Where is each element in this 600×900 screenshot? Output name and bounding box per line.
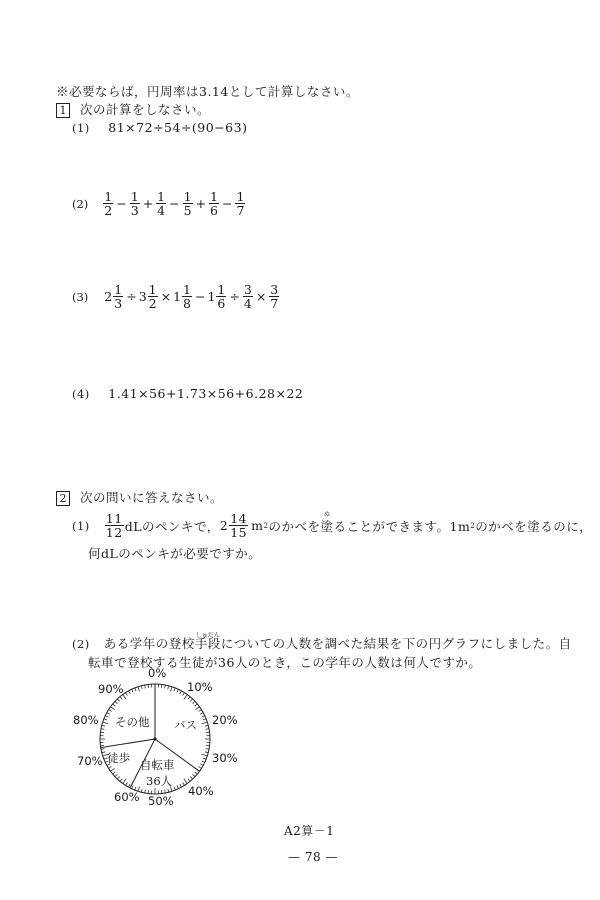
- fraction: 34: [243, 283, 253, 310]
- slice-label-bicycle-count: 36人: [146, 773, 172, 789]
- slice-label-other: その他: [115, 714, 150, 730]
- exam-code: A2算－1: [284, 822, 334, 839]
- section-heading-text: 次の計算をしなさい。: [80, 102, 210, 117]
- problem-label: (1): [72, 519, 90, 533]
- problem-label: (4): [72, 387, 90, 401]
- fraction: 13: [130, 190, 140, 217]
- page-number: — 78 —: [288, 850, 338, 864]
- fraction: 18: [182, 283, 192, 310]
- tick-label-80: 80%: [73, 713, 99, 727]
- tick-label-70: 70%: [77, 754, 103, 768]
- fraction: 12: [148, 283, 158, 310]
- problem-label: (3): [72, 290, 88, 304]
- section-2-heading: 2次の問いに答えなさい。: [56, 490, 223, 506]
- fraction: 17: [235, 190, 245, 217]
- section-heading-text: 次の問いに答えなさい。: [80, 490, 223, 505]
- pie-chart: 0% 10% 20% 30% 40% 50% 60% 70% 80% 90% バ…: [60, 666, 250, 816]
- fraction: 37: [269, 283, 279, 310]
- problem-label: (1): [72, 121, 90, 135]
- slice-label-walk: 徒歩: [107, 750, 130, 766]
- tick-label-10: 10%: [187, 680, 213, 694]
- fraction: 16: [209, 190, 219, 217]
- tick-label-20: 20%: [212, 713, 238, 727]
- fraction: 16: [216, 283, 226, 310]
- problem-expression: 81×72÷54÷(90−63): [108, 120, 247, 135]
- fraction: 13: [113, 283, 123, 310]
- section-number-box: 2: [56, 491, 70, 506]
- ruby-shudan: しゅだん手段: [195, 636, 221, 652]
- fraction: 1112: [105, 512, 124, 539]
- section-number-box: 1: [56, 103, 70, 118]
- problem-1-2: (2) 12 − 13 + 14 − 15 + 16 − 17: [72, 190, 246, 217]
- fraction: 14: [156, 190, 166, 217]
- problem-2-1-line2: 何dLのペンキが必要ですか。: [88, 546, 261, 562]
- section-1-heading: 1次の計算をしなさい。: [56, 102, 210, 118]
- tick-label-50: 50%: [148, 794, 174, 808]
- problem-label: (2): [72, 197, 88, 211]
- tick-label-60: 60%: [114, 790, 140, 804]
- problem-expression: 1.41×56+1.73×56+6.28×22: [108, 386, 303, 401]
- tick-label-30: 30%: [212, 751, 238, 765]
- problem-1-4: (4) 1.41×56+1.73×56+6.28×22: [72, 386, 303, 402]
- instruction-note: ※必要ならば，円周率は3.14として計算しなさい。: [56, 84, 359, 100]
- fraction: 1415: [229, 512, 248, 539]
- problem-1-3: (3) 2 13 ÷ 3 12 × 1 18 − 1 16 ÷ 34 × 37: [72, 283, 280, 310]
- problem-2-1: (1) 1112 dLのペンキで， 2 1415 m2 のかべを ぬ塗 ることが…: [72, 512, 592, 539]
- problem-1-1: (1) 81×72÷54÷(90−63): [72, 120, 247, 136]
- tick-label-90: 90%: [98, 682, 124, 696]
- fraction: 12: [103, 190, 113, 217]
- tick-label-0: 0%: [148, 666, 166, 680]
- problem-2-2: (2)ある学年の登校しゅだん手段についての人数を調べた結果を下の円グラフにしまし…: [72, 636, 572, 652]
- slice-label-bicycle: 自転車: [140, 757, 175, 773]
- tick-label-40: 40%: [188, 784, 214, 798]
- fraction: 15: [183, 190, 193, 217]
- ruby-nuru: ぬ塗: [320, 517, 333, 535]
- problem-label: (2): [72, 637, 90, 651]
- slice-label-bus: バス: [174, 717, 197, 733]
